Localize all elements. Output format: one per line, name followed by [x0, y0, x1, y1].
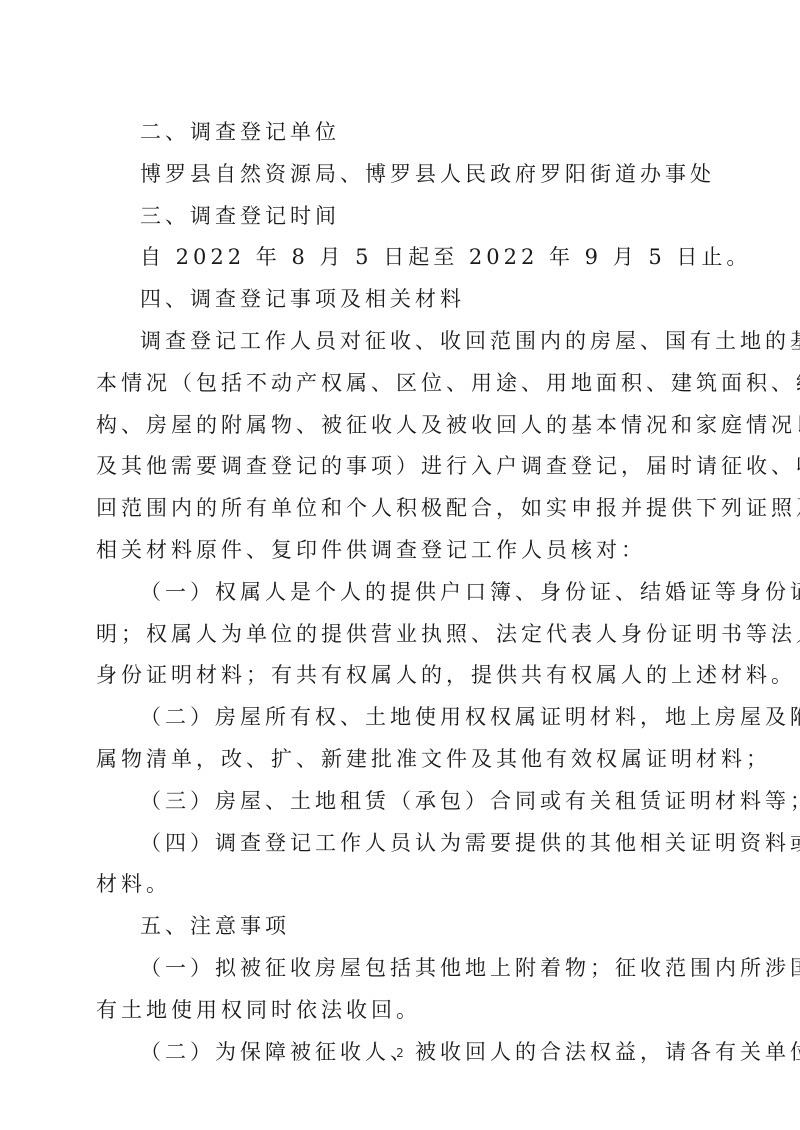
list-item-2-line: （二）房屋所有权、土地使用权权属证明材料，地上房屋及附 [96, 697, 704, 739]
survey-time-text: 自 2022 年 8 月 5 日起至 2022 年 9 月 5 日止。 [96, 237, 704, 279]
paragraph-line: 构、房屋的附属物、被征收人及被收回人的基本情况和家庭情况以 [96, 405, 704, 447]
list-item-4-line: （四）调查登记工作人员认为需要提供的其他相关证明资料或 [96, 823, 704, 865]
section-heading-survey-items: 四、调查登记事项及相关材料 [96, 279, 704, 321]
survey-unit-text: 博罗县自然资源局、博罗县人民政府罗阳街道办事处 [96, 154, 704, 196]
list-item-1-line: 身份证明材料；有共有权属人的，提供共有权属人的上述材料。 [96, 655, 704, 697]
page-number: 2 [0, 1046, 800, 1060]
paragraph-line: 相关材料原件、复印件供调查登记工作人员核对： [96, 530, 704, 572]
paragraph-line: 调查登记工作人员对征收、收回范围内的房屋、国有土地的基 [96, 321, 704, 363]
list-item-1-line: 明；权属人为单位的提供营业执照、法定代表人身份证明书等法人 [96, 614, 704, 656]
list-item-4-line: 材料。 [96, 864, 704, 906]
document-page: 二、调查登记单位 博罗县自然资源局、博罗县人民政府罗阳街道办事处 三、调查登记时… [96, 112, 704, 1073]
note-item-1-line: 有土地使用权同时依法收回。 [96, 990, 704, 1032]
list-item-1-line: （一）权属人是个人的提供户口簿、身份证、结婚证等身份证 [96, 572, 704, 614]
note-item-1-line: （一）拟被征收房屋包括其他地上附着物；征收范围内所涉国 [96, 948, 704, 990]
section-heading-survey-unit: 二、调查登记单位 [96, 112, 704, 154]
paragraph-line: 及其他需要调查登记的事项）进行入户调查登记，届时请征收、收 [96, 446, 704, 488]
list-item-3-line: （三）房屋、土地租赁（承包）合同或有关租赁证明材料等； [96, 781, 704, 823]
paragraph-line: 回范围内的所有单位和个人积极配合，如实申报并提供下列证照及 [96, 488, 704, 530]
section-heading-notes: 五、注意事项 [96, 906, 704, 948]
paragraph-line: 本情况（包括不动产权属、区位、用途、用地面积、建筑面积、结 [96, 363, 704, 405]
list-item-2-line: 属物清单，改、扩、新建批准文件及其他有效权属证明材料； [96, 739, 704, 781]
section-heading-survey-time: 三、调查登记时间 [96, 196, 704, 238]
